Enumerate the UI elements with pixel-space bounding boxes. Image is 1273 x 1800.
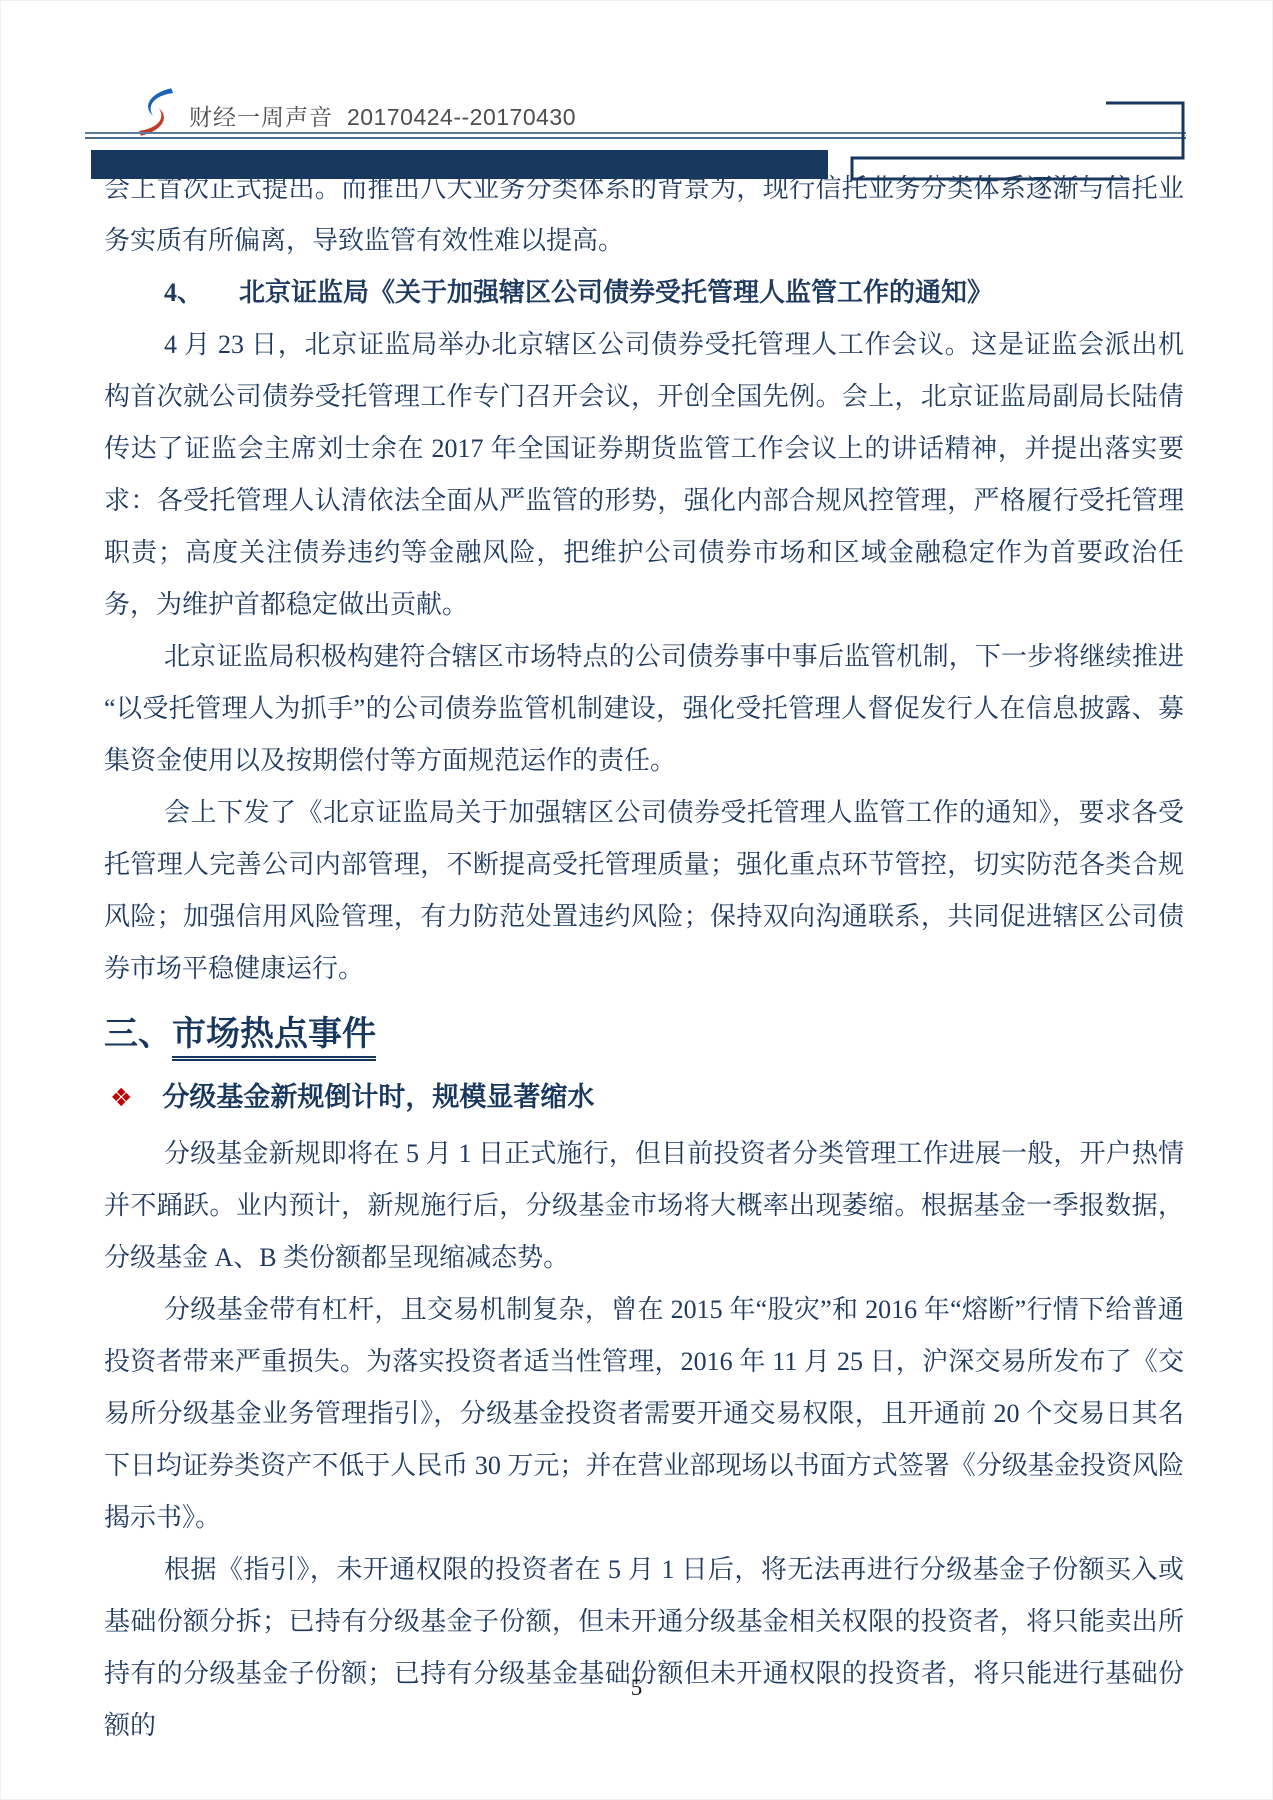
section3-heading: 三、市场热点事件 xyxy=(104,1009,1184,1059)
paragraph: 根据《指引》，未开通权限的投资者在 5 月 1 日后，将无法再进行分级基金子份额… xyxy=(104,1544,1184,1752)
topic-title: 分级基金新规倒计时，规模显著缩水 xyxy=(162,1082,594,1112)
paragraph: 会上下发了《北京证监局关于加强辖区公司债券受托管理人监管工作的通知》，要求各受托… xyxy=(104,787,1184,995)
page-number: 5 xyxy=(1,1675,1272,1701)
report-title-text: 财经一周声音 xyxy=(189,104,333,130)
item4-number: 4、 xyxy=(164,278,203,307)
document-page: 财经一周声音20170424--20170430 会上首次正式提出。而推出八大业… xyxy=(0,0,1273,1800)
diamond-bullet-icon: ❖ xyxy=(110,1083,132,1112)
report-date-range: 20170424--20170430 xyxy=(347,104,576,130)
paragraph-continuation: 会上首次正式提出。而推出八大业务分类体系的背景为，现行信托业务分类体系逐渐与信托… xyxy=(104,163,1184,267)
logo-blue-swoosh xyxy=(148,88,173,116)
paragraph: 4 月 23 日，北京证监局举办北京辖区公司债券受托管理人工作会议。这是证监会派… xyxy=(104,319,1184,631)
paragraph: 分级基金带有杠杆，且交易机制复杂，曾在 2015 年“股灾”和 2016 年“熔… xyxy=(104,1284,1184,1544)
item4-title: 北京证监局《关于加强辖区公司债券受托管理人监管工作的通知》 xyxy=(239,278,993,307)
document-body: 会上首次正式提出。而推出八大业务分类体系的背景为，现行信托业务分类体系逐渐与信托… xyxy=(104,163,1184,1752)
section3-title: 市场热点事件 xyxy=(172,1015,376,1061)
section3-number: 三、 xyxy=(104,1015,172,1053)
brand-logo-icon xyxy=(137,87,175,137)
report-title: 财经一周声音20170424--20170430 xyxy=(189,99,576,132)
topic-row: ❖分级基金新规倒计时，规模显著缩水 xyxy=(104,1075,1184,1120)
paragraph: 北京证监局积极构建符合辖区市场特点的公司债券事中事后监管机制，下一步将继续推进“… xyxy=(104,631,1184,787)
topic-paragraphs: 分级基金新规即将在 5 月 1 日正式施行，但目前投资者分类管理工作进展一般，开… xyxy=(104,1128,1184,1752)
item4-heading: 4、北京证监局《关于加强辖区公司债券受托管理人监管工作的通知》 xyxy=(104,267,1184,319)
paragraph: 分级基金新规即将在 5 月 1 日正式施行，但目前投资者分类管理工作进展一般，开… xyxy=(104,1128,1184,1284)
